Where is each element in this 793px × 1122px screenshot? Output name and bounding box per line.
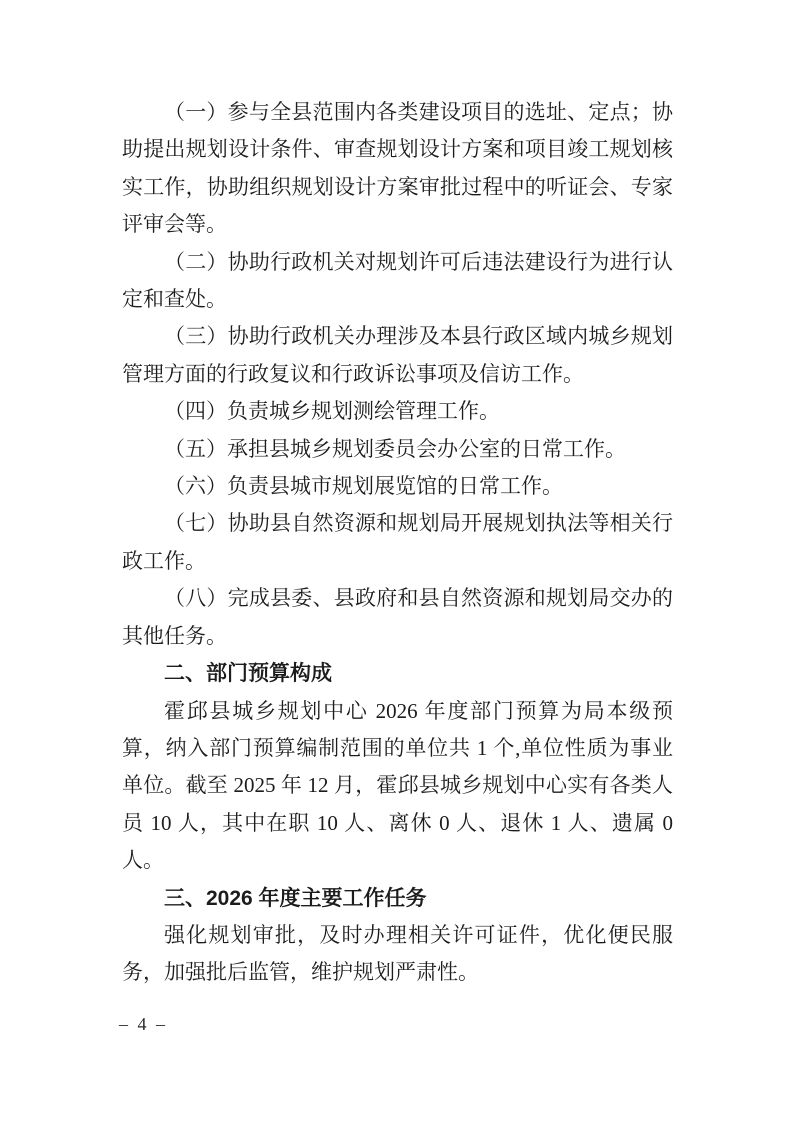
section-heading-budget-composition: 二、部门预算构成 — [122, 655, 673, 692]
paragraph-duty-5: （五）承担县城乡规划委员会办公室的日常工作。 — [122, 431, 673, 468]
page-number: – 4 – — [119, 1012, 165, 1036]
paragraph-duty-4: （四）负责城乡规划测绘管理工作。 — [122, 393, 673, 430]
paragraph-duty-7: （七）协助县自然资源和规划局开展规划执法等相关行政工作。 — [122, 505, 673, 580]
paragraph-duty-2: （二）协助行政机关对规划许可后违法建设行为进行认定和查处。 — [122, 244, 673, 319]
document-page: （一）参与全县范围内各类建设项目的选址、定点；协助提出规划设计条件、审查规划设计… — [0, 0, 793, 1122]
paragraph-duty-1: （一）参与全县范围内各类建设项目的选址、定点；协助提出规划设计条件、审查规划设计… — [122, 94, 673, 244]
paragraph-duty-8: （八）完成县委、县政府和县自然资源和规划局交办的其他任务。 — [122, 580, 673, 655]
paragraph-duty-3: （三）协助行政机关办理涉及本县行政区域内城乡规划管理方面的行政复议和行政诉讼事项… — [122, 318, 673, 393]
document-body: （一）参与全县范围内各类建设项目的选址、定点；协助提出规划设计条件、审查规划设计… — [122, 94, 673, 992]
paragraph-duty-6: （六）负责县城市规划展览馆的日常工作。 — [122, 468, 673, 505]
paragraph-budget-composition: 霍邱县城乡规划中心 2026 年度部门预算为局本级预算，纳入部门预算编制范围的单… — [122, 693, 673, 880]
section-heading-main-tasks: 三、2026 年度主要工作任务 — [122, 880, 673, 917]
paragraph-main-tasks: 强化规划审批，及时办理相关许可证件，优化便民服务，加强批后监管，维护规划严肃性。 — [122, 917, 673, 992]
